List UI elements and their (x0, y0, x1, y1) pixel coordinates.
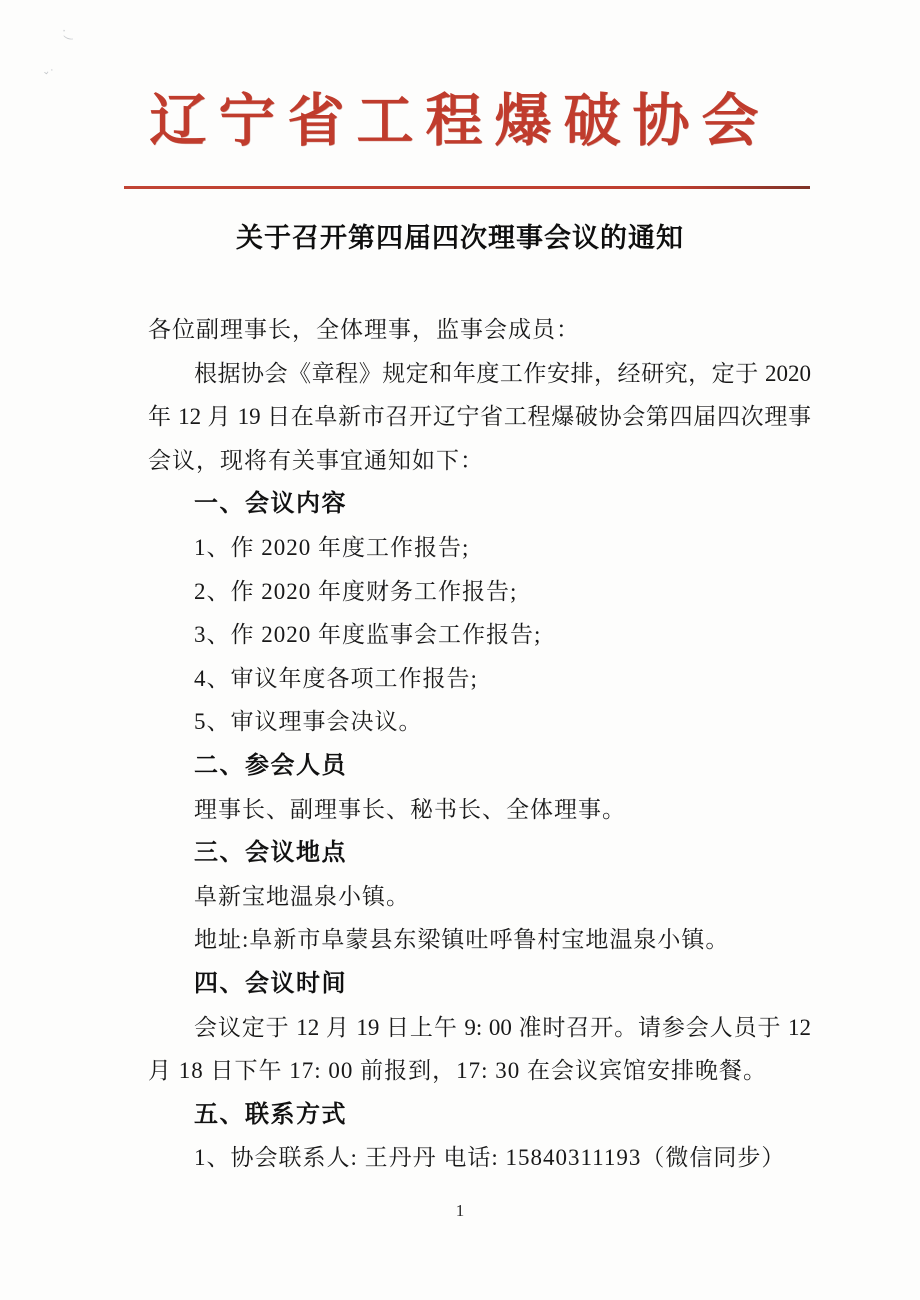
doc-line: 2、作 2020 年度财务工作报告; (148, 570, 811, 614)
red-divider-rule (124, 186, 810, 189)
doc-line: 5、审议理事会决议。 (148, 700, 811, 744)
section-heading: 一、会议内容 (148, 482, 811, 526)
doc-line: 会议定于 12 月 19 日上午 9: 00 准时召开。请参会人员于 12 (148, 1006, 811, 1050)
section-heading: 二、参会人员 (148, 744, 811, 788)
doc-line: 会议，现将有关事宜通知如下： (148, 439, 811, 483)
doc-line: 根据协会《章程》规定和年度工作安排，经研究，定于 2020 (148, 352, 811, 396)
page-number: 1 (0, 1200, 920, 1222)
org-name-header: 辽宁省工程爆破协会 (0, 82, 920, 162)
doc-line: 年 12 月 19 日在阜新市召开辽宁省工程爆破协会第四届四次理事 (148, 395, 811, 439)
doc-line: 4、审议年度各项工作报告; (148, 657, 811, 701)
scan-speck: ⌄· (41, 65, 54, 78)
doc-line: 阜新宝地温泉小镇。 (148, 875, 811, 919)
document-body: 各位副理事长，全体理事，监事会成员：根据协会《章程》规定和年度工作安排，经研究，… (148, 308, 811, 1180)
section-heading: 四、会议时间 (148, 962, 811, 1006)
section-heading: 三、会议地点 (148, 831, 811, 875)
doc-line: 理事长、副理事长、秘书长、全体理事。 (148, 788, 811, 832)
doc-line: 各位副理事长，全体理事，监事会成员： (148, 308, 811, 352)
doc-line: 1、作 2020 年度工作报告; (148, 526, 811, 570)
doc-line: 1、协会联系人: 王丹丹 电话: 15840311193（微信同步） (148, 1136, 811, 1180)
doc-line: 月 18 日下午 17: 00 前报到，17: 30 在会议宾馆安排晚餐。 (148, 1049, 811, 1093)
section-heading: 五、联系方式 (148, 1093, 811, 1137)
doc-line: 3、作 2020 年度监事会工作报告; (148, 613, 811, 657)
doc-line: 地址:阜新市阜蒙县东梁镇吐呼鲁村宝地温泉小镇。 (148, 918, 811, 962)
document-title: 关于召开第四届四次理事会议的通知 (0, 219, 920, 257)
scan-speck: ·‿ (60, 24, 76, 40)
document-page: ·‿ ⌄· 辽宁省工程爆破协会 关于召开第四届四次理事会议的通知 各位副理事长，… (0, 0, 920, 1300)
